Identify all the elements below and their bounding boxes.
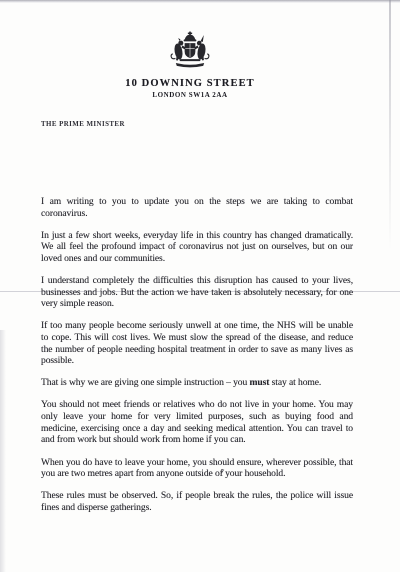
scanned-letter-page: 10 DOWNING STREET LONDON SW1A 2AA THE PR… — [0, 0, 400, 572]
paragraph-instruction: That is why we are giving one simple ins… — [41, 377, 353, 389]
paragraph-rules-observed: These rules must be observed. So, if peo… — [41, 490, 353, 513]
letterhead-street-line: 10 DOWNING STREET — [0, 78, 380, 89]
paragraph-intro: I am writing to you to update you on the… — [41, 196, 353, 219]
paragraph-leaving-home: You should not meet friends or relatives… — [41, 399, 353, 446]
letter-body: I am writing to you to update you on the… — [41, 196, 353, 524]
paragraph-understand: I understand completely the difficulties… — [41, 275, 353, 310]
paragraph-two-metres: When you do have to leave your home, you… — [41, 457, 353, 480]
sender-title: THE PRIME MINISTER — [41, 121, 125, 128]
royal-coat-of-arms-icon — [0, 31, 380, 72]
instruction-text-after: stay at home. — [269, 377, 321, 388]
paragraph-nhs: If too many people become seriously unwe… — [41, 320, 353, 367]
scan-right-edge-line — [389, 0, 391, 250]
letterhead: 10 DOWNING STREET LONDON SW1A 2AA — [0, 0, 380, 99]
scan-left-edge-shadow — [0, 330, 6, 572]
letterhead-postcode-line: LONDON SW1A 2AA — [0, 91, 380, 99]
paragraph-changed-life: In just a few short weeks, everyday life… — [41, 230, 353, 265]
instruction-emphasis-must: must — [249, 377, 269, 388]
instruction-text-before: That is why we are giving one simple ins… — [41, 377, 249, 388]
